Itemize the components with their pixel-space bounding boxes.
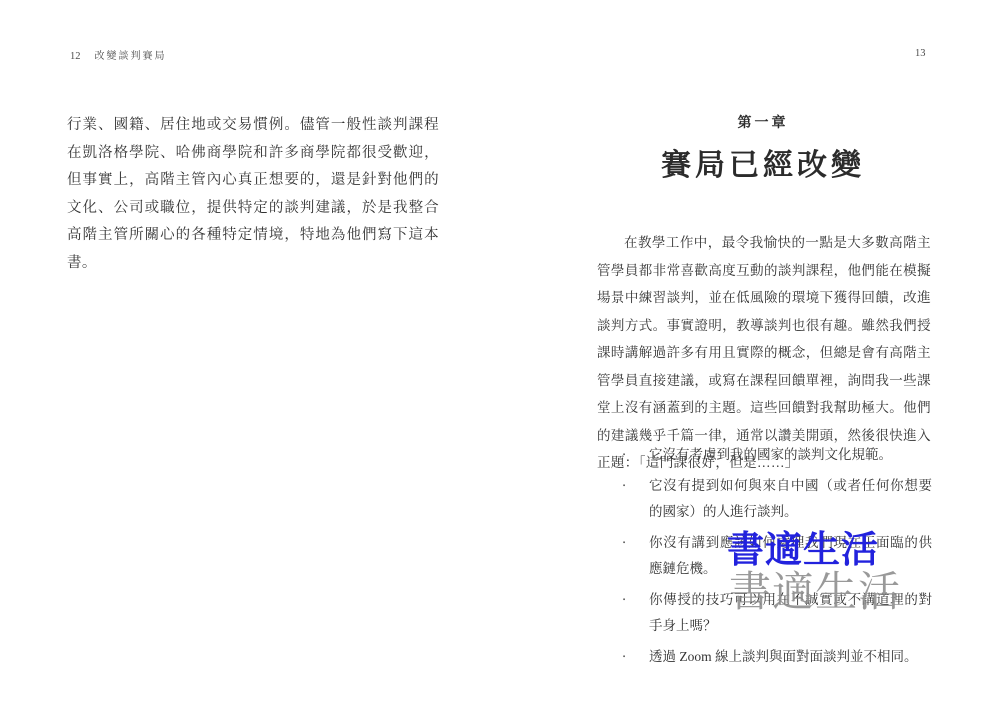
left-page-number: 12 — [70, 51, 81, 62]
left-running-head: 12改變談判賽局 — [70, 47, 167, 62]
chapter-heading: 第一章 賽局已經改變 — [595, 112, 931, 184]
bullet-text: 它沒有提到如何與來自中國（或者任何你想要的國家）的人進行談判。 — [649, 473, 932, 525]
bullet-text: 透過 Zoom 線上談判與面對面談判並不相同。 — [649, 644, 932, 670]
bullet-text: 它沒有考慮到我的國家的談判文化規範。 — [649, 442, 932, 468]
left-page-paragraph: 行業、國籍、居住地或交易慣例。儘管一般性談判課程在凱洛格學院、哈佛商學院和許多商… — [67, 112, 439, 277]
right-page-number: 13 — [915, 48, 926, 59]
bullet-item: ‧ 你沒有講到應該如何處理我們現在正面臨的供應鏈危機。 — [622, 530, 932, 582]
bullet-item: ‧ 它沒有考慮到我的國家的談判文化規範。 — [622, 442, 932, 468]
chapter-title: 賽局已經改變 — [595, 140, 931, 184]
bullet-text: 你沒有講到應該如何處理我們現在正面臨的供應鏈危機。 — [649, 530, 932, 582]
bullet-item: ‧ 你傳授的技巧可以用在不誠實或不講道理的對手身上嗎？ — [622, 587, 932, 639]
feedback-bullet-list: ‧ 它沒有考慮到我的國家的談判文化規範。 ‧ 它沒有提到如何與來自中國（或者任何… — [622, 442, 932, 675]
bullet-marker: ‧ — [622, 530, 649, 582]
bullet-marker: ‧ — [622, 442, 649, 468]
bullet-marker: ‧ — [622, 644, 649, 670]
bullet-item: ‧ 透過 Zoom 線上談判與面對面談判並不相同。 — [622, 644, 932, 670]
left-running-title: 改變談判賽局 — [95, 51, 167, 62]
bullet-text: 你傳授的技巧可以用在不誠實或不講道理的對手身上嗎？ — [649, 587, 932, 639]
bullet-item: ‧ 它沒有提到如何與來自中國（或者任何你想要的國家）的人進行談判。 — [622, 473, 932, 525]
bullet-marker: ‧ — [622, 587, 649, 639]
chapter-number: 第一章 — [595, 112, 931, 132]
right-page-paragraph: 在教學工作中，最令我愉快的一點是大多數高階主管學員都非常喜歡高度互動的談判課程，… — [597, 229, 931, 477]
bullet-marker: ‧ — [622, 473, 649, 525]
book-spread: 12改變談判賽局 13 行業、國籍、居住地或交易慣例。儘管一般性談判課程在凱洛格… — [0, 0, 1000, 703]
